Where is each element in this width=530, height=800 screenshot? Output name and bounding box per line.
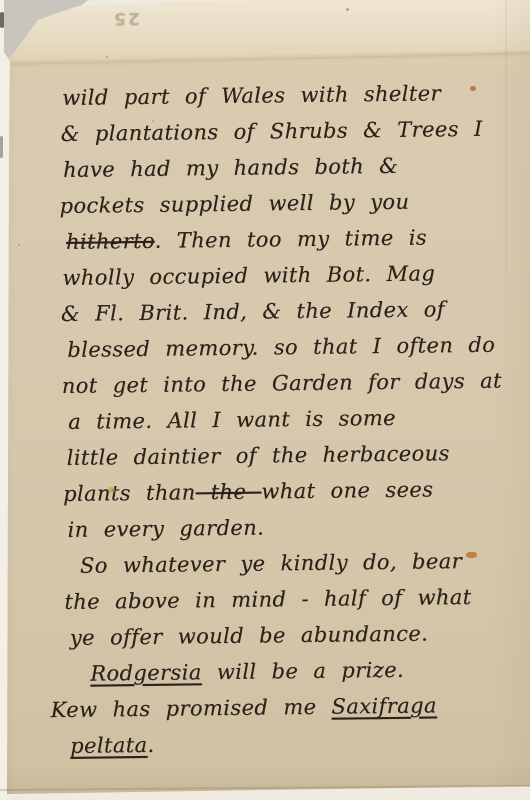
handwriting-line: plants than the what one sees [63,470,511,511]
scanned-letter-background: 25 wild part of Wales with shelter& plan… [0,0,530,800]
handwriting-line: & plantations of Shrubs & Trees I [60,110,506,151]
dust-speck [106,56,108,58]
foxing-spot [470,86,476,91]
handwriting-line: not get into the Garden for days at [62,362,510,403]
handwriting-line: wild part of Wales with shelter [62,75,506,116]
letter-page: 25 wild part of Wales with shelter& plan… [0,0,530,800]
foxing-spot [108,487,115,493]
handwriting-line: hitherto. Then too my time is [66,218,508,259]
handwriting-line: peltata. [70,722,514,763]
handwriting-line: in every garden. [67,506,511,547]
handwriting-line: the above in mind - half of what [64,578,512,619]
dust-speck [152,120,154,122]
handwriting-line: So whatever ye kindly do, bear [80,542,512,583]
dust-speck [346,8,349,11]
handwriting-line: a time. All I want is some [68,398,510,439]
handwriting-line: ye offer would be abundance. [70,614,513,655]
handwriting-line: pockets supplied well by you [59,182,507,223]
handwriting-line: blessed memory. so that I often do [67,326,509,367]
letter-body: wild part of Wales with shelter& plantat… [56,75,514,764]
dust-speck [18,244,20,246]
edge-mark [0,136,3,158]
handwriting-line: Rodgersia will be a prize. [90,650,513,691]
handwriting-line: & Fl. Brit. Ind, & the Index of [61,290,509,331]
page-number-showthrough: 25 [106,8,146,28]
foxing-spot [466,552,477,558]
handwriting-line: have had my hands both & [63,146,507,187]
edge-mark [0,12,4,28]
handwriting-line: Kew has promised me Saxifraga [50,686,513,728]
handwriting-line: little daintier of the herbaceous [66,434,510,475]
handwriting-line: wholly occupied with Bot. Mag [62,254,508,295]
